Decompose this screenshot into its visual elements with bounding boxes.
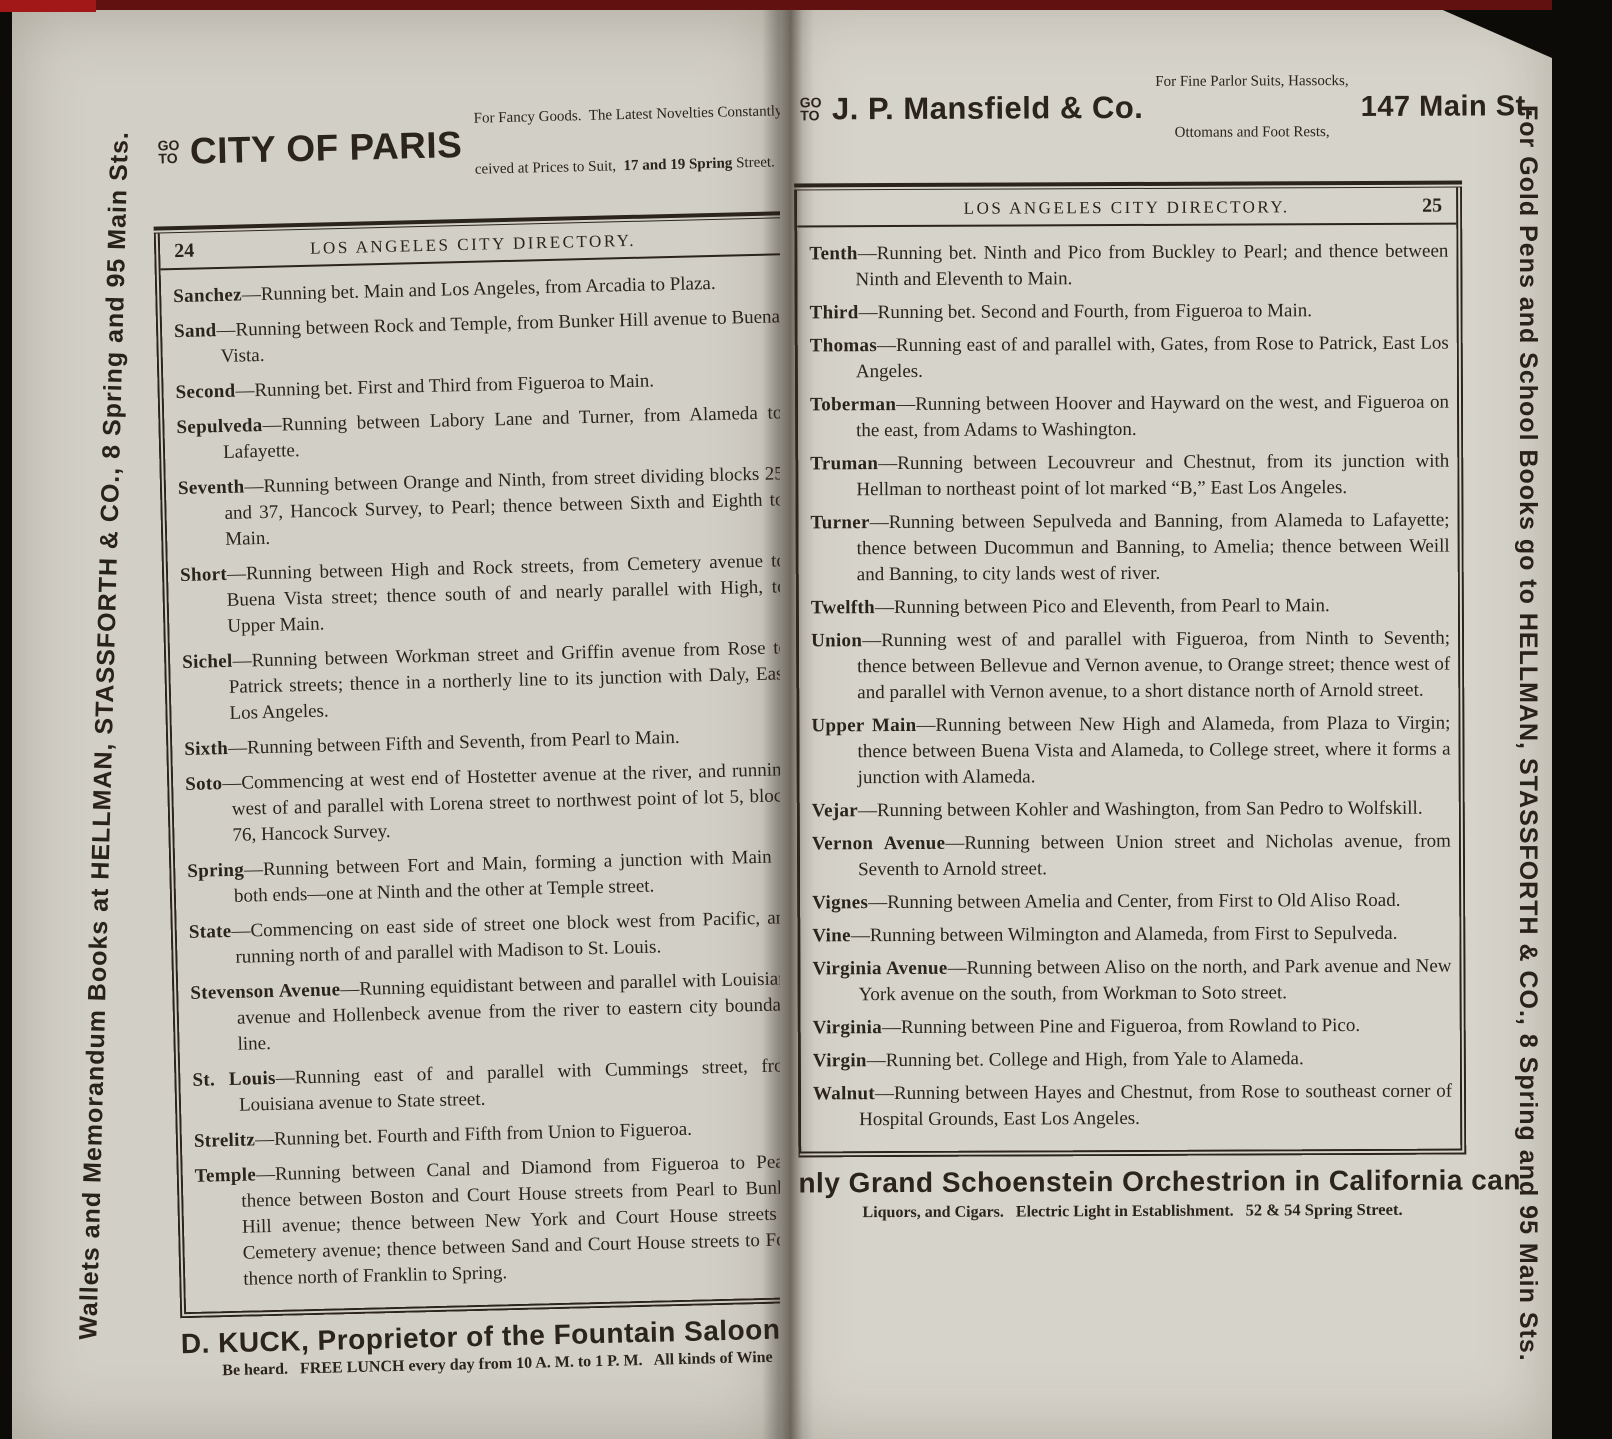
street-entries-s-t: Sanchez—Running bet. Main and Los Angele… bbox=[161, 255, 812, 1312]
directory-entry: Sanchez—Running bet. Main and Los Angele… bbox=[173, 269, 779, 310]
ad-tagline-line1: For Fancy Goods. The Latest Novelties Co… bbox=[473, 103, 808, 128]
directory-entry: Turner—Running between Sepulveda and Ban… bbox=[810, 508, 1449, 589]
directory-entry: Virginia Avenue—Running between Aliso on… bbox=[812, 954, 1451, 1009]
page-24-content: GO TO CITY OF PARIS For Fancy Goods. The… bbox=[150, 67, 814, 1381]
directory-entry: Union—Running west of and parallel with … bbox=[811, 626, 1450, 707]
advertiser-address: 147 Main St. bbox=[1361, 90, 1535, 124]
page-24-frame: 24 LOS ANGELES CITY DIRECTORY. Sanchez—R… bbox=[154, 218, 812, 1318]
directory-entry: Virginia—Running between Pine and Figuer… bbox=[813, 1013, 1452, 1042]
directory-entry: Twelfth—Running between Pico and Elevent… bbox=[811, 593, 1450, 622]
photo-right-edge bbox=[1552, 0, 1612, 1439]
schoenstein-ad: nly Grand Schoenstein Orchestrion in Cal… bbox=[798, 1165, 1466, 1223]
page-25-running-head: LOS ANGELES CITY DIRECTORY. 25 bbox=[797, 188, 1456, 228]
directory-entry: Vignes—Running between Amelia and Center… bbox=[812, 888, 1451, 917]
directory-entry: Temple—Running between Canal and Diamond… bbox=[194, 1149, 803, 1294]
directory-entry: Walnut—Running between Hayes and Chestnu… bbox=[813, 1079, 1452, 1134]
directory-entry: Vernon Avenue—Running between Union stre… bbox=[812, 829, 1451, 884]
directory-entry: Sichel—Running between Workman street an… bbox=[182, 635, 790, 728]
directory-entry: State—Commencing on east side of street … bbox=[189, 905, 796, 972]
ad-tagline: For Fine Parlor Suits, Hassocks, Ottoman… bbox=[1155, 39, 1349, 176]
photo-left-edge bbox=[0, 0, 12, 1439]
schoenstein-ad-line1: nly Grand Schoenstein Orchestrion in Cal… bbox=[798, 1165, 1466, 1200]
city-of-paris-ad: GO TO CITY OF PARIS For Fancy Goods. The… bbox=[150, 67, 785, 226]
directory-entry: Sixth—Running between Fifth and Seventh,… bbox=[184, 722, 790, 763]
directory-entry: Upper Main—Running between New High and … bbox=[811, 711, 1450, 792]
book-scan: Wallets and Memorandum Books at HELLMAN,… bbox=[0, 0, 1612, 1439]
directory-entry: Truman—Running between Lecouvreur and Ch… bbox=[810, 449, 1449, 504]
advertiser-name: J. P. Mansfield & Co. bbox=[832, 90, 1144, 127]
directory-entry: Strelitz—Running bet. Fourth and Fifth f… bbox=[194, 1114, 800, 1155]
directory-entry: Third—Running bet. Second and Fourth, fr… bbox=[810, 298, 1449, 327]
directory-entry: Vejar—Running between Kohler and Washing… bbox=[812, 796, 1451, 825]
directory-entry: Virgin—Running bet. College and High, fr… bbox=[813, 1046, 1452, 1075]
ad-tagline: For Fancy Goods. The Latest Novelties Co… bbox=[473, 69, 810, 213]
schoenstein-ad-line2: Liquors, and Cigars. Electric Light in E… bbox=[798, 1200, 1466, 1223]
advertiser-name: CITY OF PARIS bbox=[189, 124, 462, 173]
photo-top-edge bbox=[0, 0, 1612, 10]
go-to-label: GO TO bbox=[800, 96, 820, 122]
directory-entry: Sand—Running between Rock and Temple, fr… bbox=[174, 304, 781, 371]
directory-entry: Soto—Commencing at west end of Hostetter… bbox=[185, 757, 793, 850]
page-25: For Gold Pens and School Books go to HEL… bbox=[780, 0, 1552, 1439]
kuck-saloon-ad: D. KUCK, Proprietor of the Fountain Salo… bbox=[180, 1313, 813, 1381]
directory-entry: Sepulveda—Running between Labory Lane an… bbox=[176, 400, 783, 467]
photo-top-edge-accent bbox=[0, 0, 96, 12]
running-head-title: LOS ANGELES CITY DIRECTORY. bbox=[964, 197, 1290, 217]
page-25-frame: LOS ANGELES CITY DIRECTORY. 25 Tenth—Run… bbox=[794, 188, 1466, 1158]
directory-entry: Tenth—Running bet. Ninth and Pico from B… bbox=[809, 239, 1448, 294]
directory-entry: Stevenson Avenue—Running equidistant bet… bbox=[190, 966, 798, 1059]
ad-tagline-line2: ceived at Prices to Suit, 17 and 19 Spri… bbox=[475, 154, 810, 179]
mansfield-ad: GO TO J. P. Mansfield & Co. For Fine Par… bbox=[793, 37, 1462, 184]
left-margin-ad: Wallets and Memorandum Books at HELLMAN,… bbox=[74, 140, 134, 1340]
running-head-title: LOS ANGELES CITY DIRECTORY. bbox=[310, 231, 636, 258]
page-24: Wallets and Memorandum Books at HELLMAN,… bbox=[12, 10, 780, 1439]
directory-entry: Seventh—Running between Orange and Ninth… bbox=[178, 461, 786, 554]
directory-entry: Spring—Running between Fort and Main, fo… bbox=[187, 844, 794, 911]
page-25-content: GO TO J. P. Mansfield & Co. For Fine Par… bbox=[793, 37, 1466, 1223]
directory-entry: Short—Running between High and Rock stre… bbox=[180, 548, 788, 641]
page-number: 24 bbox=[174, 233, 195, 270]
directory-entry: St. Louis—Running east of and parallel w… bbox=[192, 1053, 799, 1120]
directory-entry: Vine—Running between Wilmington and Alam… bbox=[812, 921, 1451, 950]
ad-tagline-line2: Ottomans and Foot Rests, bbox=[1155, 124, 1348, 142]
directory-entry: Thomas—Running east of and parallel with… bbox=[810, 331, 1449, 386]
street-entries-t-w: Tenth—Running bet. Ninth and Pico from B… bbox=[797, 225, 1460, 1152]
directory-entry: Toberman—Running between Hoover and Hayw… bbox=[810, 390, 1449, 445]
ad-tagline-line1: For Fine Parlor Suits, Hassocks, bbox=[1155, 73, 1348, 91]
directory-entry: Second—Running bet. First and Third from… bbox=[175, 365, 781, 406]
go-to-label: GO TO bbox=[157, 139, 178, 165]
page-number: 25 bbox=[1422, 188, 1442, 225]
left-margin-ad-text: Wallets and Memorandum Books at HELLMAN,… bbox=[74, 131, 135, 1340]
